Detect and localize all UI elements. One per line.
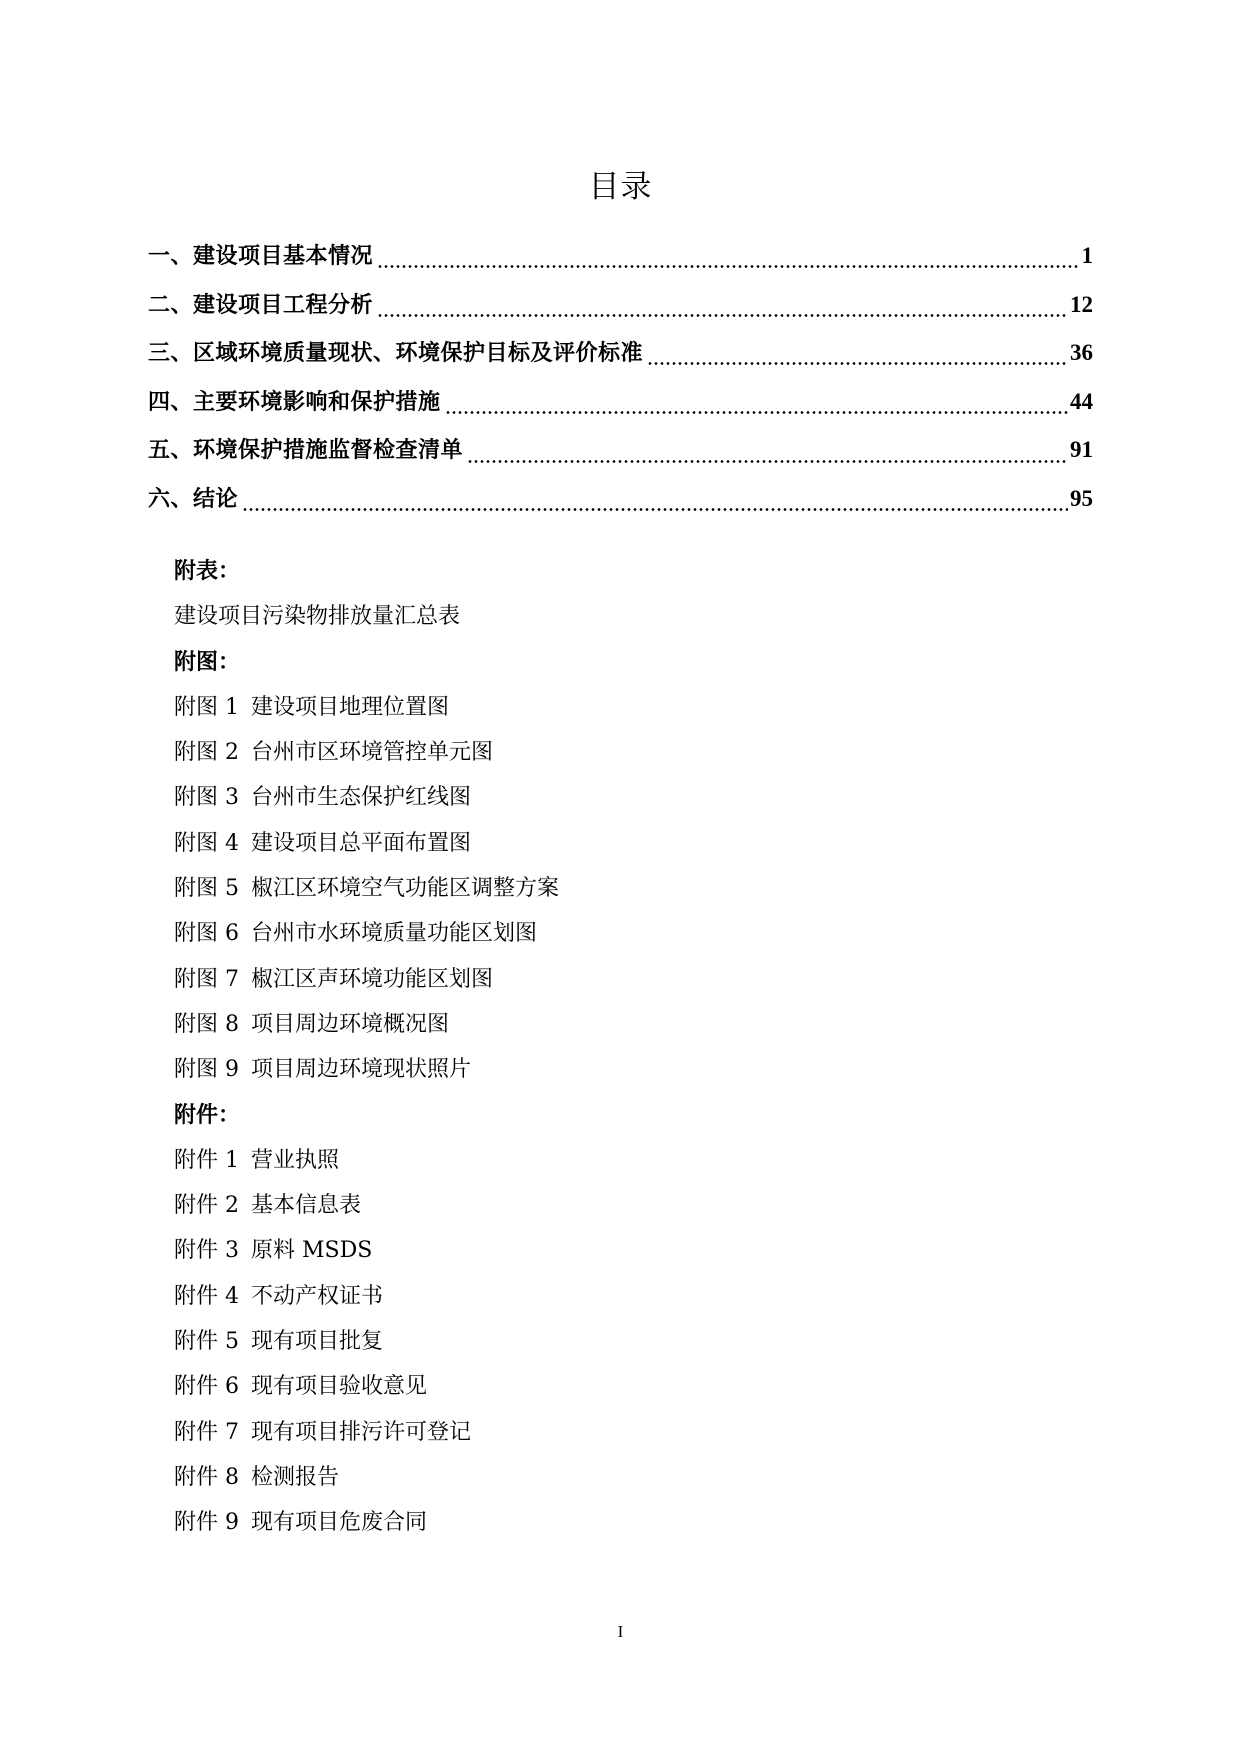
appendix-item-number: 附图 6	[174, 913, 239, 955]
toc-entry-page: 44	[1070, 382, 1093, 422]
dot-leader	[377, 249, 1079, 271]
attachment-item-text: 不动产权证书	[251, 1284, 383, 1309]
appendix-item-number: 附图 4	[174, 823, 239, 865]
toc-entry-4[interactable]: 四、主要环境影响和保护措施 44	[148, 382, 1093, 431]
toc-entry-label: 二、建设项目工程分析	[148, 286, 373, 326]
appendix-figure-item: 附图 6台州市水环境质量功能区划图	[174, 913, 974, 958]
attachment-item-number: 附件 7	[174, 1412, 239, 1454]
toc-entry-label: 六、结论	[148, 480, 238, 520]
appendix-figure-item: 附图 2台州市区环境管控单元图	[174, 732, 974, 777]
toc-entry-page: 12	[1070, 285, 1093, 325]
appendix-item-text: 椒江区环境空气功能区调整方案	[251, 876, 559, 901]
toc-entry-label: 五、环境保护措施监督检查清单	[148, 431, 463, 471]
toc-entry-page: 36	[1070, 333, 1093, 373]
toc-entry-label: 三、区域环境质量现状、环境保护目标及评价标准	[148, 334, 643, 374]
appendix-item-text: 项目周边环境概况图	[251, 1012, 449, 1037]
attachment-item: 附件 6现有项目验收意见	[174, 1366, 974, 1411]
appendix-figure-item: 附图 3台州市生态保护红线图	[174, 777, 974, 822]
attachment-item-text: 现有项目验收意见	[251, 1374, 427, 1399]
appendix-item-text: 台州市生态保护红线图	[251, 785, 471, 810]
appendix-figure-item: 附图 8项目周边环境概况图	[174, 1004, 974, 1049]
footer-page-number: I	[0, 1620, 1241, 1644]
appendix-item-number: 附图 9	[174, 1049, 239, 1091]
appendix-item-number: 附图 3	[174, 777, 239, 819]
attachment-item-text: 基本信息表	[251, 1193, 361, 1218]
dot-leader	[647, 346, 1068, 368]
appendix-item-text: 建设项目总平面布置图	[251, 831, 471, 856]
dot-leader	[377, 298, 1068, 320]
appendix-figure-item: 附图 1建设项目地理位置图	[174, 687, 974, 732]
attachment-item: 附件 4不动产权证书	[174, 1276, 974, 1321]
table-of-contents: 一、建设项目基本情况 1 二、建设项目工程分析 12 三、区域环境质量现状、环境…	[148, 236, 1093, 528]
attachment-item-number: 附件 2	[174, 1185, 239, 1227]
appendix-item-number: 附图 7	[174, 959, 239, 1001]
attachment-item: 附件 7现有项目排污许可登记	[174, 1412, 974, 1457]
toc-entry-6[interactable]: 六、结论 95	[148, 479, 1093, 528]
attachment-item-text: 现有项目批复	[251, 1329, 383, 1354]
appendix-figures-heading: 附图：	[174, 642, 974, 687]
toc-entry-label: 四、主要环境影响和保护措施	[148, 383, 441, 423]
toc-entry-1[interactable]: 一、建设项目基本情况 1	[148, 236, 1093, 285]
appendix-list: 附表： 建设项目污染物排放量汇总表 附图： 附图 1建设项目地理位置图 附图 2…	[174, 551, 974, 1548]
attachment-item-text: 现有项目排污许可登记	[251, 1420, 471, 1445]
appendix-item-text: 椒江区声环境功能区划图	[251, 967, 493, 992]
attachment-item: 附件 5现有项目批复	[174, 1321, 974, 1366]
appendix-item-number: 附图 2	[174, 732, 239, 774]
appendix-item-number: 附图 8	[174, 1004, 239, 1046]
dot-leader	[467, 444, 1068, 466]
appendix-table-item: 建设项目污染物排放量汇总表	[174, 596, 974, 641]
toc-entry-page: 1	[1082, 236, 1094, 276]
attachment-item: 附件 9现有项目危废合同	[174, 1502, 974, 1547]
appendix-figure-item: 附图 7椒江区声环境功能区划图	[174, 959, 974, 1004]
dot-leader	[445, 395, 1068, 417]
appendix-item-number: 附图 1	[174, 687, 239, 729]
attachment-item-number: 附件 3	[174, 1230, 239, 1272]
appendix-table-heading: 附表：	[174, 551, 974, 596]
attachment-item-text: 原料 MSDS	[251, 1238, 372, 1263]
attachment-item-number: 附件 8	[174, 1457, 239, 1499]
toc-entry-2[interactable]: 二、建设项目工程分析 12	[148, 285, 1093, 334]
attachment-item-number: 附件 1	[174, 1140, 239, 1182]
attachment-item-number: 附件 4	[174, 1276, 239, 1318]
attachment-item-number: 附件 6	[174, 1366, 239, 1408]
appendix-item-text: 项目周边环境现状照片	[251, 1057, 471, 1082]
attachment-item-number: 附件 9	[174, 1502, 239, 1544]
attachment-item-number: 附件 5	[174, 1321, 239, 1363]
appendix-item-text: 建设项目污染物排放量汇总表	[174, 604, 460, 629]
toc-entry-3[interactable]: 三、区域环境质量现状、环境保护目标及评价标准 36	[148, 333, 1093, 382]
appendix-item-text: 台州市区环境管控单元图	[251, 740, 493, 765]
page-title: 目录	[0, 167, 1241, 207]
dot-leader	[242, 492, 1068, 514]
attachment-item: 附件 1营业执照	[174, 1140, 974, 1185]
attachment-item: 附件 2基本信息表	[174, 1185, 974, 1230]
toc-entry-page: 95	[1070, 479, 1093, 519]
attachment-item-text: 现有项目危废合同	[251, 1510, 427, 1535]
toc-entry-label: 一、建设项目基本情况	[148, 237, 373, 277]
appendix-item-text: 建设项目地理位置图	[251, 695, 449, 720]
attachment-item: 附件 8检测报告	[174, 1457, 974, 1502]
appendix-item-number: 附图 5	[174, 868, 239, 910]
appendix-figure-item: 附图 5椒江区环境空气功能区调整方案	[174, 868, 974, 913]
toc-entry-5[interactable]: 五、环境保护措施监督检查清单 91	[148, 430, 1093, 479]
appendix-figure-item: 附图 9项目周边环境现状照片	[174, 1049, 974, 1094]
attachments-heading: 附件：	[174, 1095, 974, 1140]
attachment-item-text: 检测报告	[251, 1465, 339, 1490]
toc-entry-page: 91	[1070, 430, 1093, 470]
attachment-item-text: 营业执照	[251, 1148, 339, 1173]
attachment-item: 附件 3原料 MSDS	[174, 1230, 974, 1275]
appendix-item-text: 台州市水环境质量功能区划图	[251, 921, 537, 946]
appendix-figure-item: 附图 4建设项目总平面布置图	[174, 823, 974, 868]
